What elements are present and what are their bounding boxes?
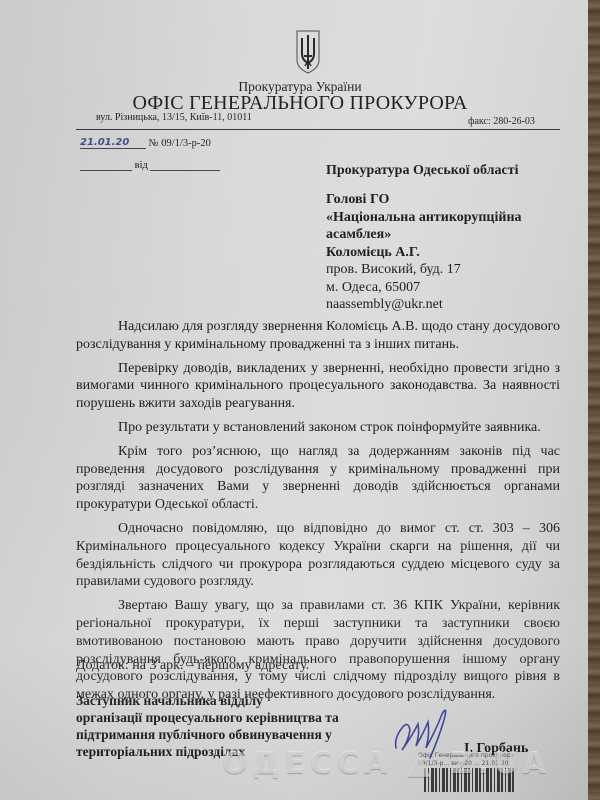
org-name: ОФІС ГЕНЕРАЛЬНОГО ПРОКУРОРА [0, 92, 600, 115]
letter-page: Прокуратура України ОФІС ГЕНЕРАЛЬНОГО ПР… [0, 0, 588, 800]
addressee-email: naassembly@ukr.net [326, 296, 522, 314]
site-watermark: ОДЕССА ▲ Z.UA [222, 746, 551, 781]
letter-body: Надсилаю для розгляду звернення Коломієц… [76, 318, 560, 710]
body-paragraph: Звертаю Вашу увагу, що за правилами ст. … [76, 597, 560, 704]
body-paragraph: Одночасно повідомляю, що відповідно до в… [76, 520, 560, 591]
org-address: вул. Різницька, 13/15, Київ-11, 01011 [96, 112, 252, 123]
wooden-table-edge [586, 0, 600, 800]
signer-title-line: організації процесуального керівництва т… [76, 709, 339, 726]
from-label: від [135, 160, 148, 171]
primary-recipient: Прокуратура Одеської області [326, 162, 519, 179]
addressee-line: асамблея» [326, 226, 522, 244]
handwritten-date: 21.01.20 [80, 137, 129, 148]
reference-line: від [80, 160, 220, 171]
letterhead-divider [76, 129, 560, 130]
addressee-street: пров. Високий, буд. 17 [326, 261, 522, 279]
ref-number-blank [80, 170, 132, 171]
org-fax: факс: 280-26-03 [468, 116, 535, 127]
date-blank: 21.01.20 [80, 137, 146, 149]
body-paragraph: Про результати у встановлений законом ст… [76, 419, 560, 437]
signer-title-line: Заступник начальника відділу [76, 692, 339, 709]
secondary-addressee: Голові ГО «Національна антикорупційна ас… [326, 191, 522, 314]
addressee-line: Голові ГО [326, 191, 522, 209]
registration-number-line: 21.01.20 № 09/1/3-р-20 [80, 137, 211, 149]
addressee-line: «Національна антикорупційна [326, 209, 522, 227]
ref-date-blank [150, 170, 220, 171]
body-paragraph: Крім того роз’яснюю, що нагляд за додерж… [76, 443, 560, 514]
registration-number: № 09/1/3-р-20 [149, 138, 211, 149]
addressee-city: м. Одеса, 65007 [326, 279, 522, 297]
signer-title-line: підтримання публічного обвинувачення у [76, 726, 339, 743]
annex-note: Додаток: на 3 арк. – першому адресату. [76, 658, 309, 674]
trident-emblem-icon [296, 30, 320, 74]
addressee-line: Коломієць А.Г. [326, 244, 522, 262]
body-paragraph: Надсилаю для розгляду звернення Коломієц… [76, 318, 560, 354]
body-paragraph: Перевірку доводів, викладених у зверненн… [76, 360, 560, 413]
